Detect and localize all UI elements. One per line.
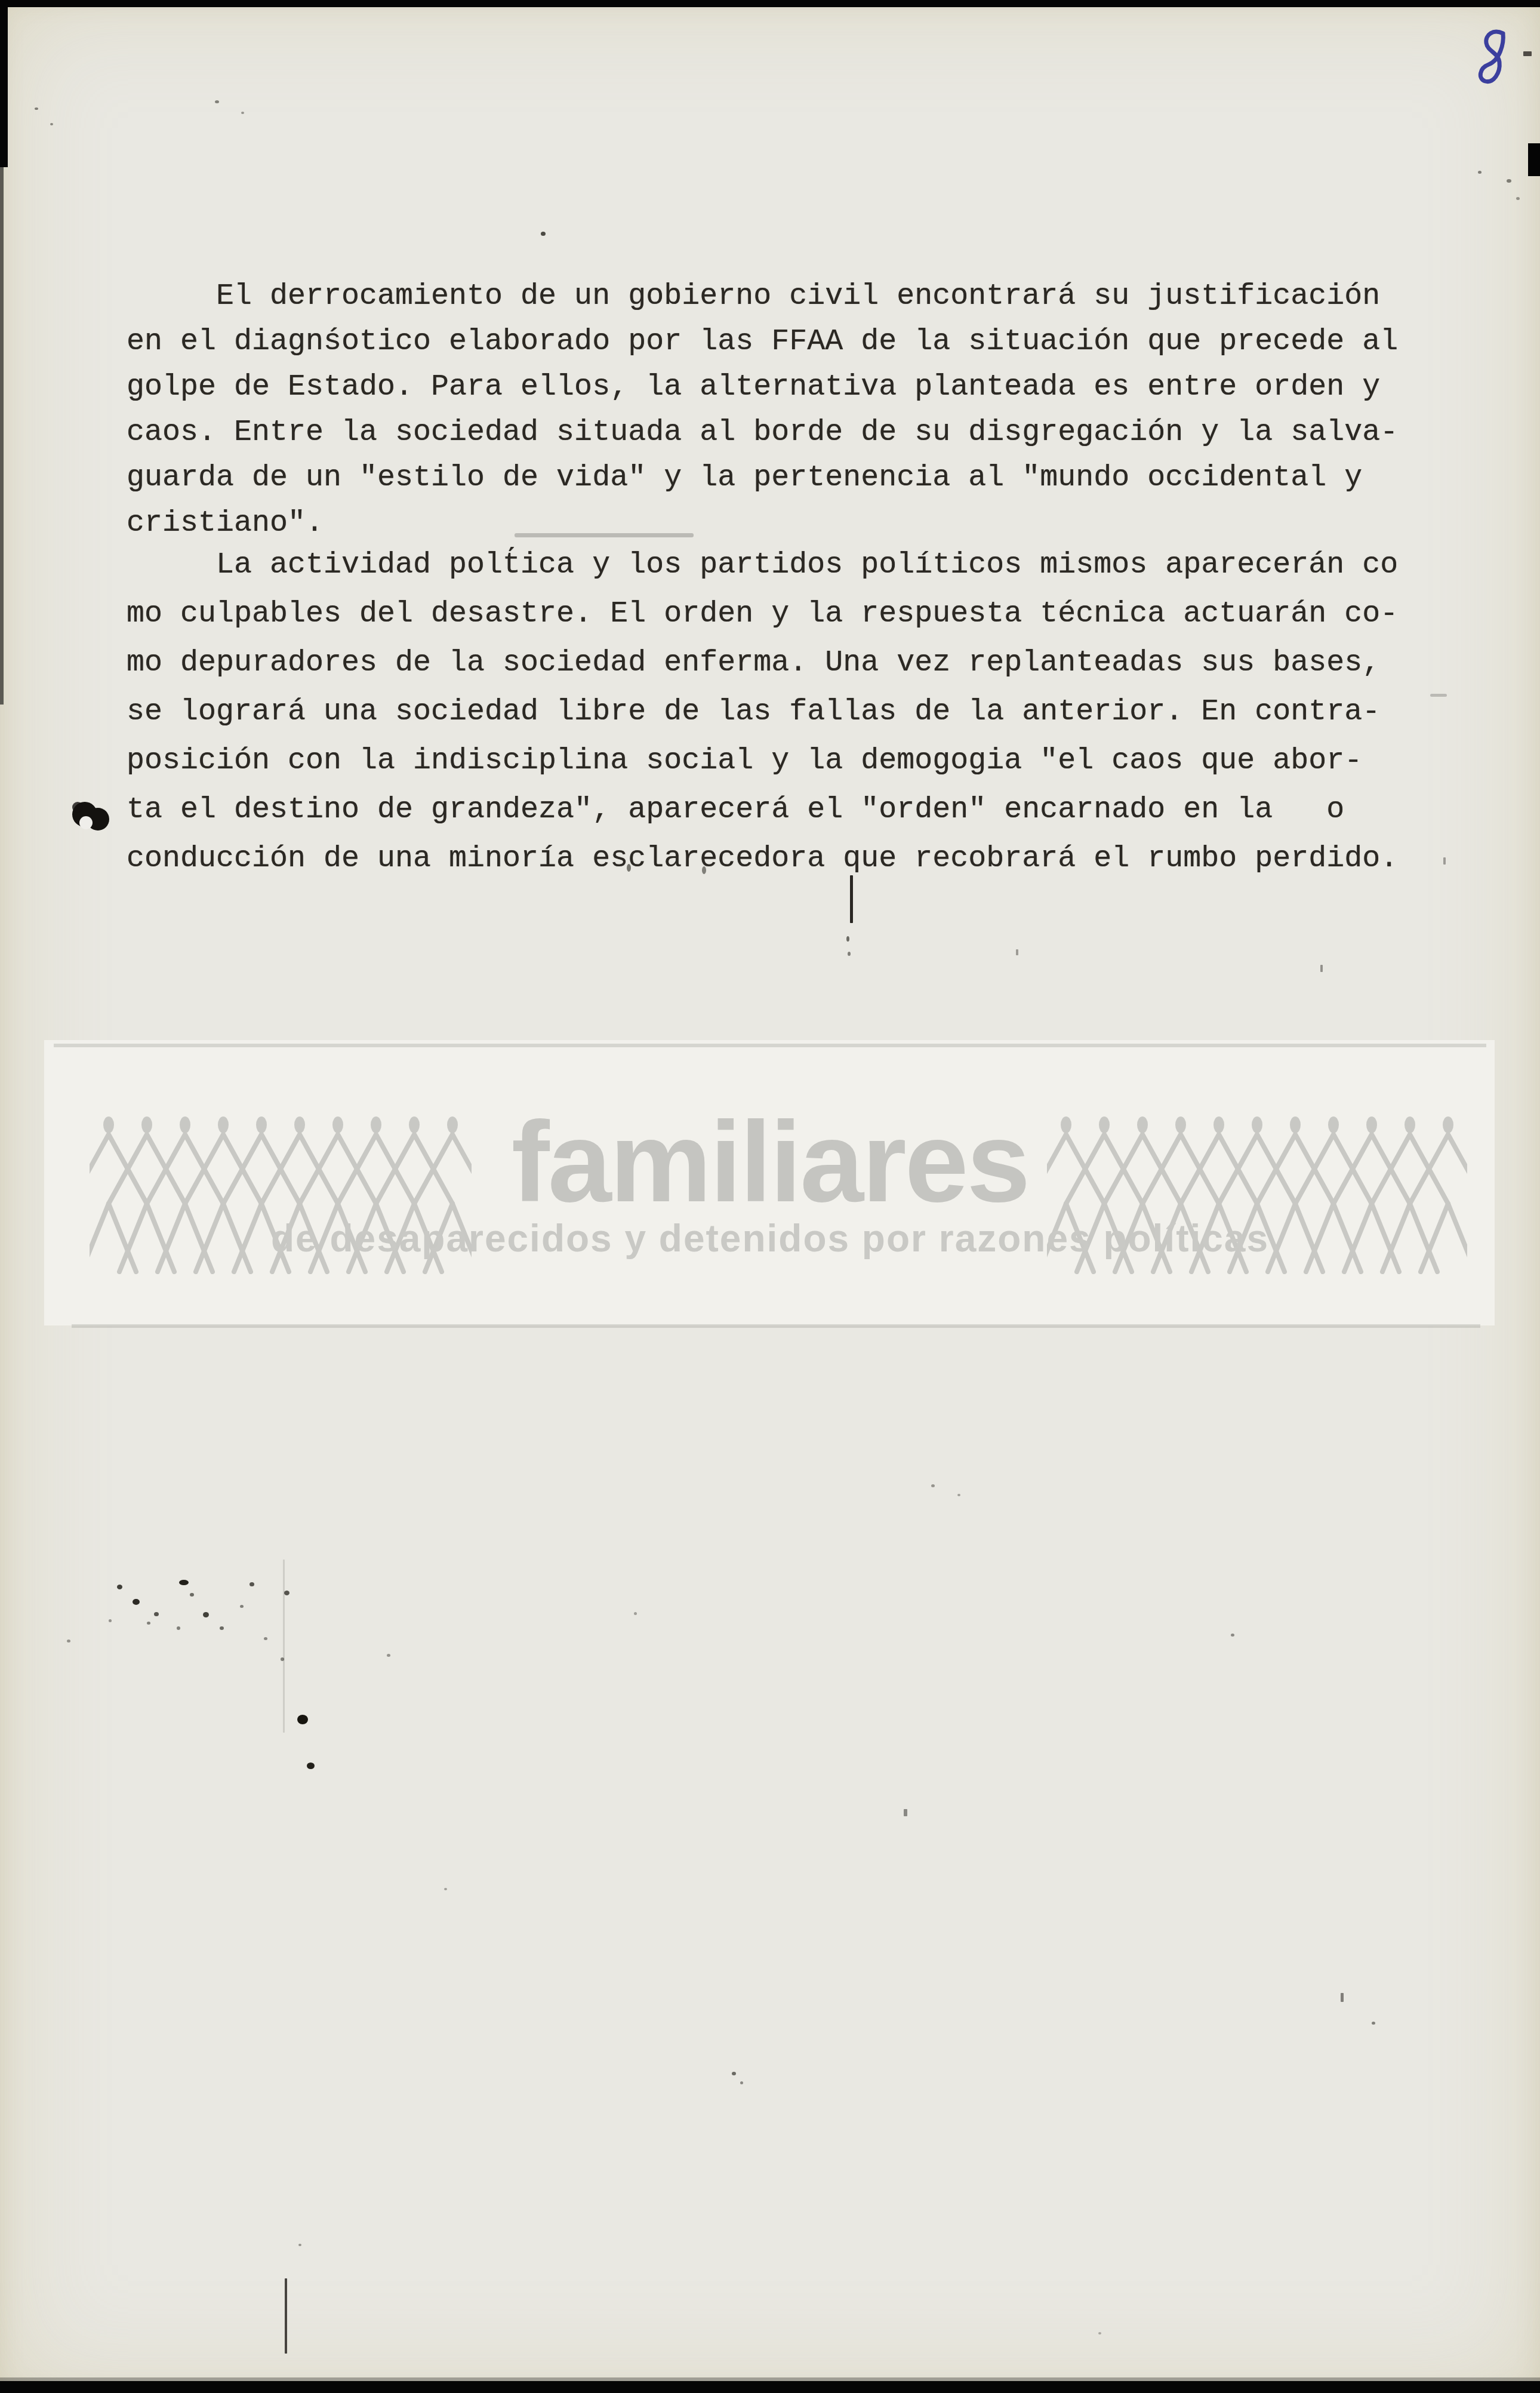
ink-speck bbox=[117, 1585, 122, 1589]
scan-artifact bbox=[72, 1324, 1480, 1328]
text-line: conducción de una minoría esclarecedora … bbox=[127, 835, 1398, 884]
ink-speck bbox=[627, 864, 631, 872]
ink-speck bbox=[850, 875, 853, 923]
ink-speck bbox=[904, 1809, 907, 1816]
scan-edge bbox=[0, 2381, 1540, 2393]
ink-speck bbox=[846, 936, 849, 942]
scan-edge bbox=[0, 2377, 1540, 2382]
ink-speck bbox=[1320, 965, 1323, 972]
text-line: La actividad polt́ica y los partidos pol… bbox=[127, 541, 1398, 590]
text-line: cristiano". bbox=[127, 501, 1398, 546]
ink-speck bbox=[541, 232, 546, 236]
ink-speck bbox=[387, 1654, 390, 1657]
scan-artifact bbox=[283, 1560, 285, 1733]
ink-speck bbox=[50, 123, 53, 125]
scan-edge bbox=[0, 0, 8, 167]
ink-speck bbox=[1507, 179, 1511, 183]
scan-edge bbox=[0, 0, 1540, 7]
ink-speck bbox=[848, 952, 851, 956]
typewritten-paragraph: El derrocamiento de un gobierno civil en… bbox=[127, 274, 1398, 546]
ink-speck bbox=[133, 1599, 140, 1605]
watermark-title: familiares bbox=[0, 1112, 1540, 1212]
text-line: ta el destino de grandeza", aparecerá el… bbox=[127, 786, 1398, 835]
ink-speck bbox=[240, 1605, 244, 1608]
typewritten-paragraph: La actividad polt́ica y los partidos pol… bbox=[127, 541, 1398, 884]
ink-speck bbox=[215, 100, 219, 103]
ink-speck bbox=[67, 1640, 70, 1643]
ink-speck bbox=[1443, 857, 1446, 865]
scan-artifact bbox=[1430, 694, 1447, 697]
ink-speck bbox=[284, 1591, 289, 1595]
ink-speck bbox=[154, 1612, 159, 1616]
ink-speck bbox=[250, 1582, 254, 1586]
ink-speck bbox=[634, 1612, 637, 1615]
ink-speck bbox=[702, 866, 706, 874]
scan-edge bbox=[1528, 143, 1540, 176]
scan-artifact bbox=[54, 1044, 1486, 1047]
ink-speck bbox=[177, 1626, 180, 1630]
ink-speck bbox=[190, 1593, 194, 1597]
handwritten-page-number bbox=[1473, 27, 1511, 90]
ink-speck bbox=[298, 2244, 301, 2246]
ink-speck bbox=[285, 2278, 287, 2354]
watermark-subtitle: de desaparecidos y detenidos por razones… bbox=[0, 1217, 1540, 1260]
ink-speck bbox=[444, 1888, 447, 1890]
ink-speck bbox=[1523, 51, 1532, 56]
ink-speck bbox=[1098, 2332, 1101, 2334]
text-line: golpe de Estado. Para ellos, la alternat… bbox=[127, 365, 1398, 410]
ink-blot bbox=[68, 798, 118, 841]
scanned-document-page: familiares de desaparecidos y detenidos … bbox=[0, 0, 1540, 2393]
text-line: en el diagnśotico elaborado por las FFAA… bbox=[127, 319, 1398, 365]
ink-speck bbox=[203, 1612, 209, 1617]
ink-speck bbox=[1231, 1634, 1234, 1637]
ink-speck bbox=[179, 1580, 189, 1585]
text-line: se logrará una sociedad libre de las fal… bbox=[127, 688, 1398, 737]
ink-speck bbox=[281, 1657, 284, 1661]
ink-speck bbox=[1016, 949, 1018, 955]
ink-speck bbox=[740, 2081, 743, 2084]
ink-speck bbox=[241, 112, 244, 114]
text-line: caos. Entre la sociedad situada al borde… bbox=[127, 410, 1398, 456]
ink-speck bbox=[1516, 197, 1520, 200]
ink-speck bbox=[1372, 2022, 1375, 2025]
ink-speck bbox=[1341, 1993, 1344, 2002]
ink-speck bbox=[35, 107, 38, 110]
ink-speck bbox=[220, 1626, 224, 1630]
ink-speck bbox=[297, 1715, 308, 1724]
ink-speck bbox=[931, 1484, 935, 1487]
text-line: posición con la indisciplina social y la… bbox=[127, 737, 1398, 786]
text-line: guarda de un "estilo de vida" y la perte… bbox=[127, 456, 1398, 501]
text-line: mo depuradores de la sociedad enferma. U… bbox=[127, 639, 1398, 688]
ink-speck bbox=[732, 2072, 736, 2075]
ink-speck bbox=[1478, 171, 1482, 174]
ink-speck bbox=[147, 1622, 150, 1625]
ink-speck bbox=[109, 1619, 112, 1622]
text-line: El derrocamiento de un gobierno civil en… bbox=[127, 274, 1398, 319]
ink-speck bbox=[957, 1494, 960, 1496]
ink-speck bbox=[264, 1637, 267, 1640]
scan-edge bbox=[0, 167, 4, 705]
text-line: mo culpables del desastre. El orden y la… bbox=[127, 590, 1398, 639]
scan-artifact bbox=[515, 533, 694, 537]
ink-speck bbox=[307, 1763, 315, 1769]
